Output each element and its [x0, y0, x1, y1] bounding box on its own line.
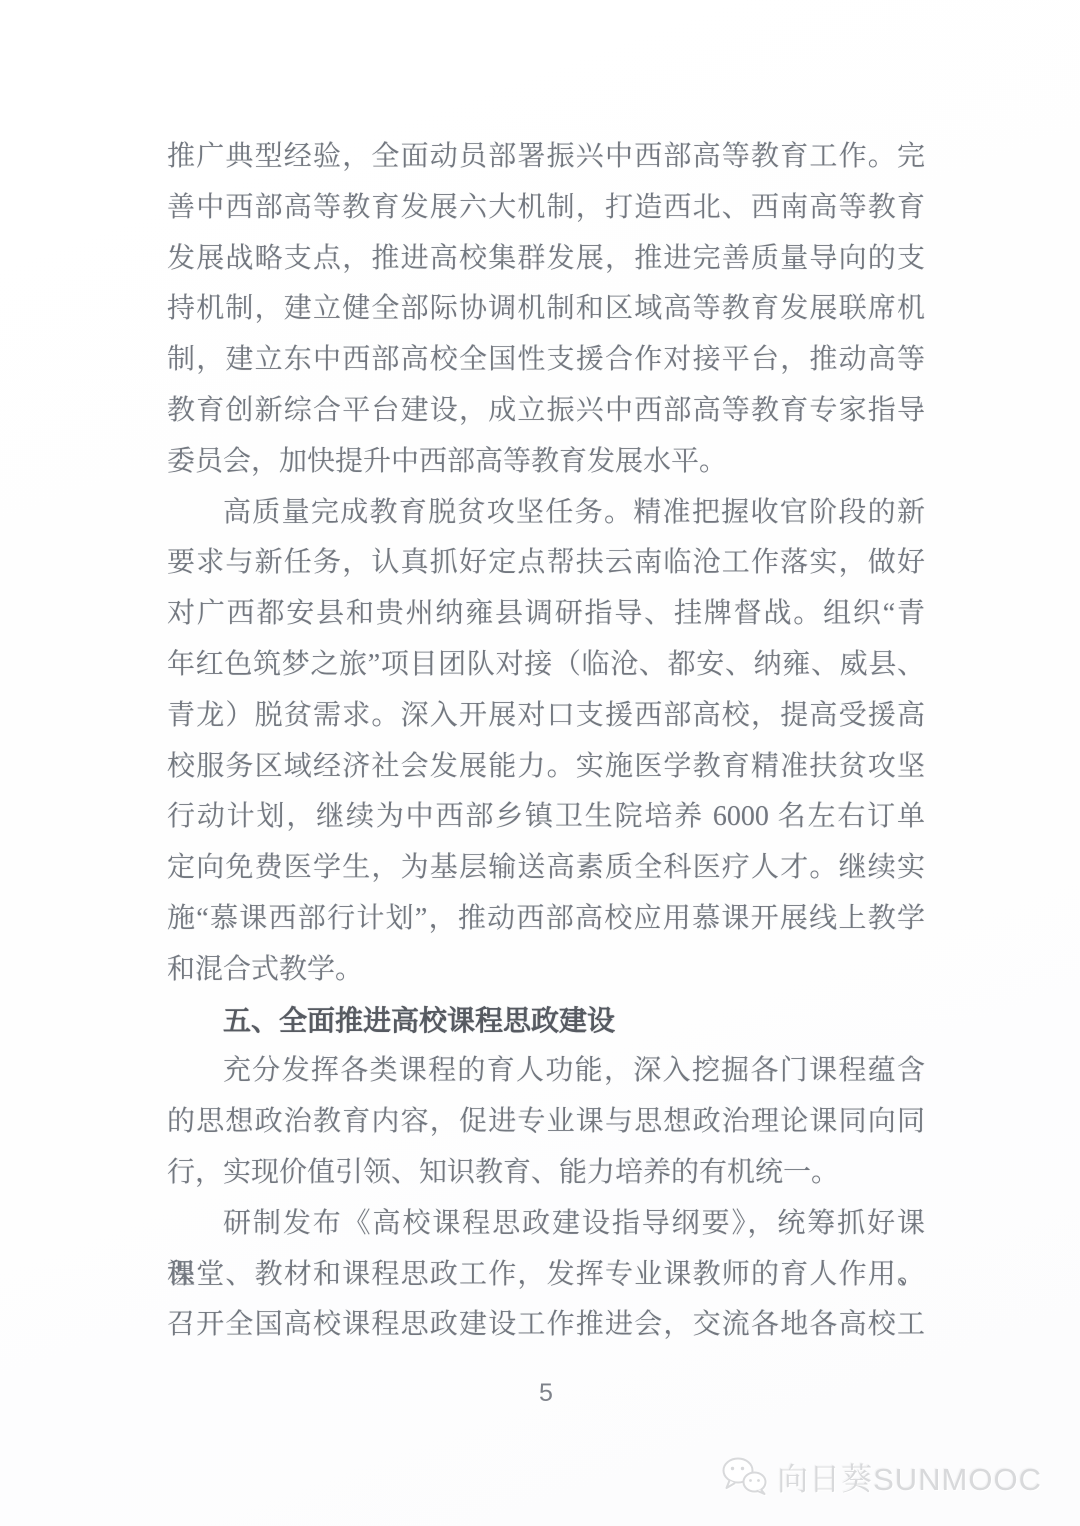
text-line: 青龙）脱贫需求。深入开展对口支援西部高校，提高受援高 [167, 691, 925, 742]
text-line: 善中西部高等教育发展六大机制，打造西北、西南高等教育 [167, 183, 925, 234]
text-line: 行，实现价值引领、知识教育、能力培养的有机统一。 [167, 1148, 925, 1199]
page-number: 5 [167, 1378, 925, 1408]
text-line: 年红色筑梦之旅”项目团队对接（临沧、都安、纳雍、威县、 [167, 640, 925, 691]
document-lines: 推广典型经验，全面动员部署振兴中西部高等教育工作。完善中西部高等教育发展六大机制… [167, 132, 925, 1351]
document-page: 推广典型经验，全面动员部署振兴中西部高等教育工作。完善中西部高等教育发展六大机制… [0, 0, 1080, 1526]
text-line: 委员会，加快提升中西部高等教育发展水平。 [167, 437, 925, 488]
section-heading: 五、全面推进高校课程思政建设 [167, 996, 925, 1047]
text-line: 施“慕课西部行计划”，推动西部高校应用慕课开展线上教学 [167, 894, 925, 945]
text-line: 制，建立东中西部高校全国性支援合作对接平台，推动高等 [167, 335, 925, 386]
text-line: 和混合式教学。 [167, 945, 925, 996]
watermark: 向日葵SUNMOOC [721, 1452, 1042, 1500]
text-line: 发展战略支点，推进高校集群发展，推进完善质量导向的支 [167, 234, 925, 285]
wechat-icon [721, 1456, 767, 1496]
text-line: 召开全国高校课程思政建设工作推进会，交流各地各高校工 [167, 1300, 925, 1351]
text-line: 教育创新综合平台建设，成立振兴中西部高等教育专家指导 [167, 386, 925, 437]
text-line: 要求与新任务，认真抓好定点帮扶云南临沧工作落实，做好 [167, 538, 925, 589]
text-line: 校服务区域经济社会发展能力。实施医学教育精准扶贫攻坚 [167, 742, 925, 793]
text-line: 行动计划，继续为中西部乡镇卫生院培养 6000 名左右订单 [167, 792, 925, 843]
text-line: 定向免费医学生，为基层输送高素质全科医疗人才。继续实 [167, 843, 925, 894]
text-line: 研制发布《高校课程思政建设指导纲要》，统筹抓好课程、 [167, 1199, 925, 1250]
watermark-label: 向日葵SUNMOOC [777, 1454, 1042, 1499]
text-line: 高质量完成教育脱贫攻坚任务。精准把握收官阶段的新 [167, 488, 925, 539]
text-line: 的思想政治教育内容，促进专业课与思想政治理论课同向同 [167, 1097, 925, 1148]
text-line: 对广西都安县和贵州纳雍县调研指导、挂牌督战。组织“青 [167, 589, 925, 640]
text-line: 持机制，建立健全部际协调机制和区域高等教育发展联席机 [167, 284, 925, 335]
text-line: 课堂、教材和课程思政工作，发挥专业课教师的育人作用。 [167, 1250, 925, 1301]
text-line: 推广典型经验，全面动员部署振兴中西部高等教育工作。完 [167, 132, 925, 183]
text-line: 充分发挥各类课程的育人功能，深入挖掘各门课程蕴含 [167, 1046, 925, 1097]
